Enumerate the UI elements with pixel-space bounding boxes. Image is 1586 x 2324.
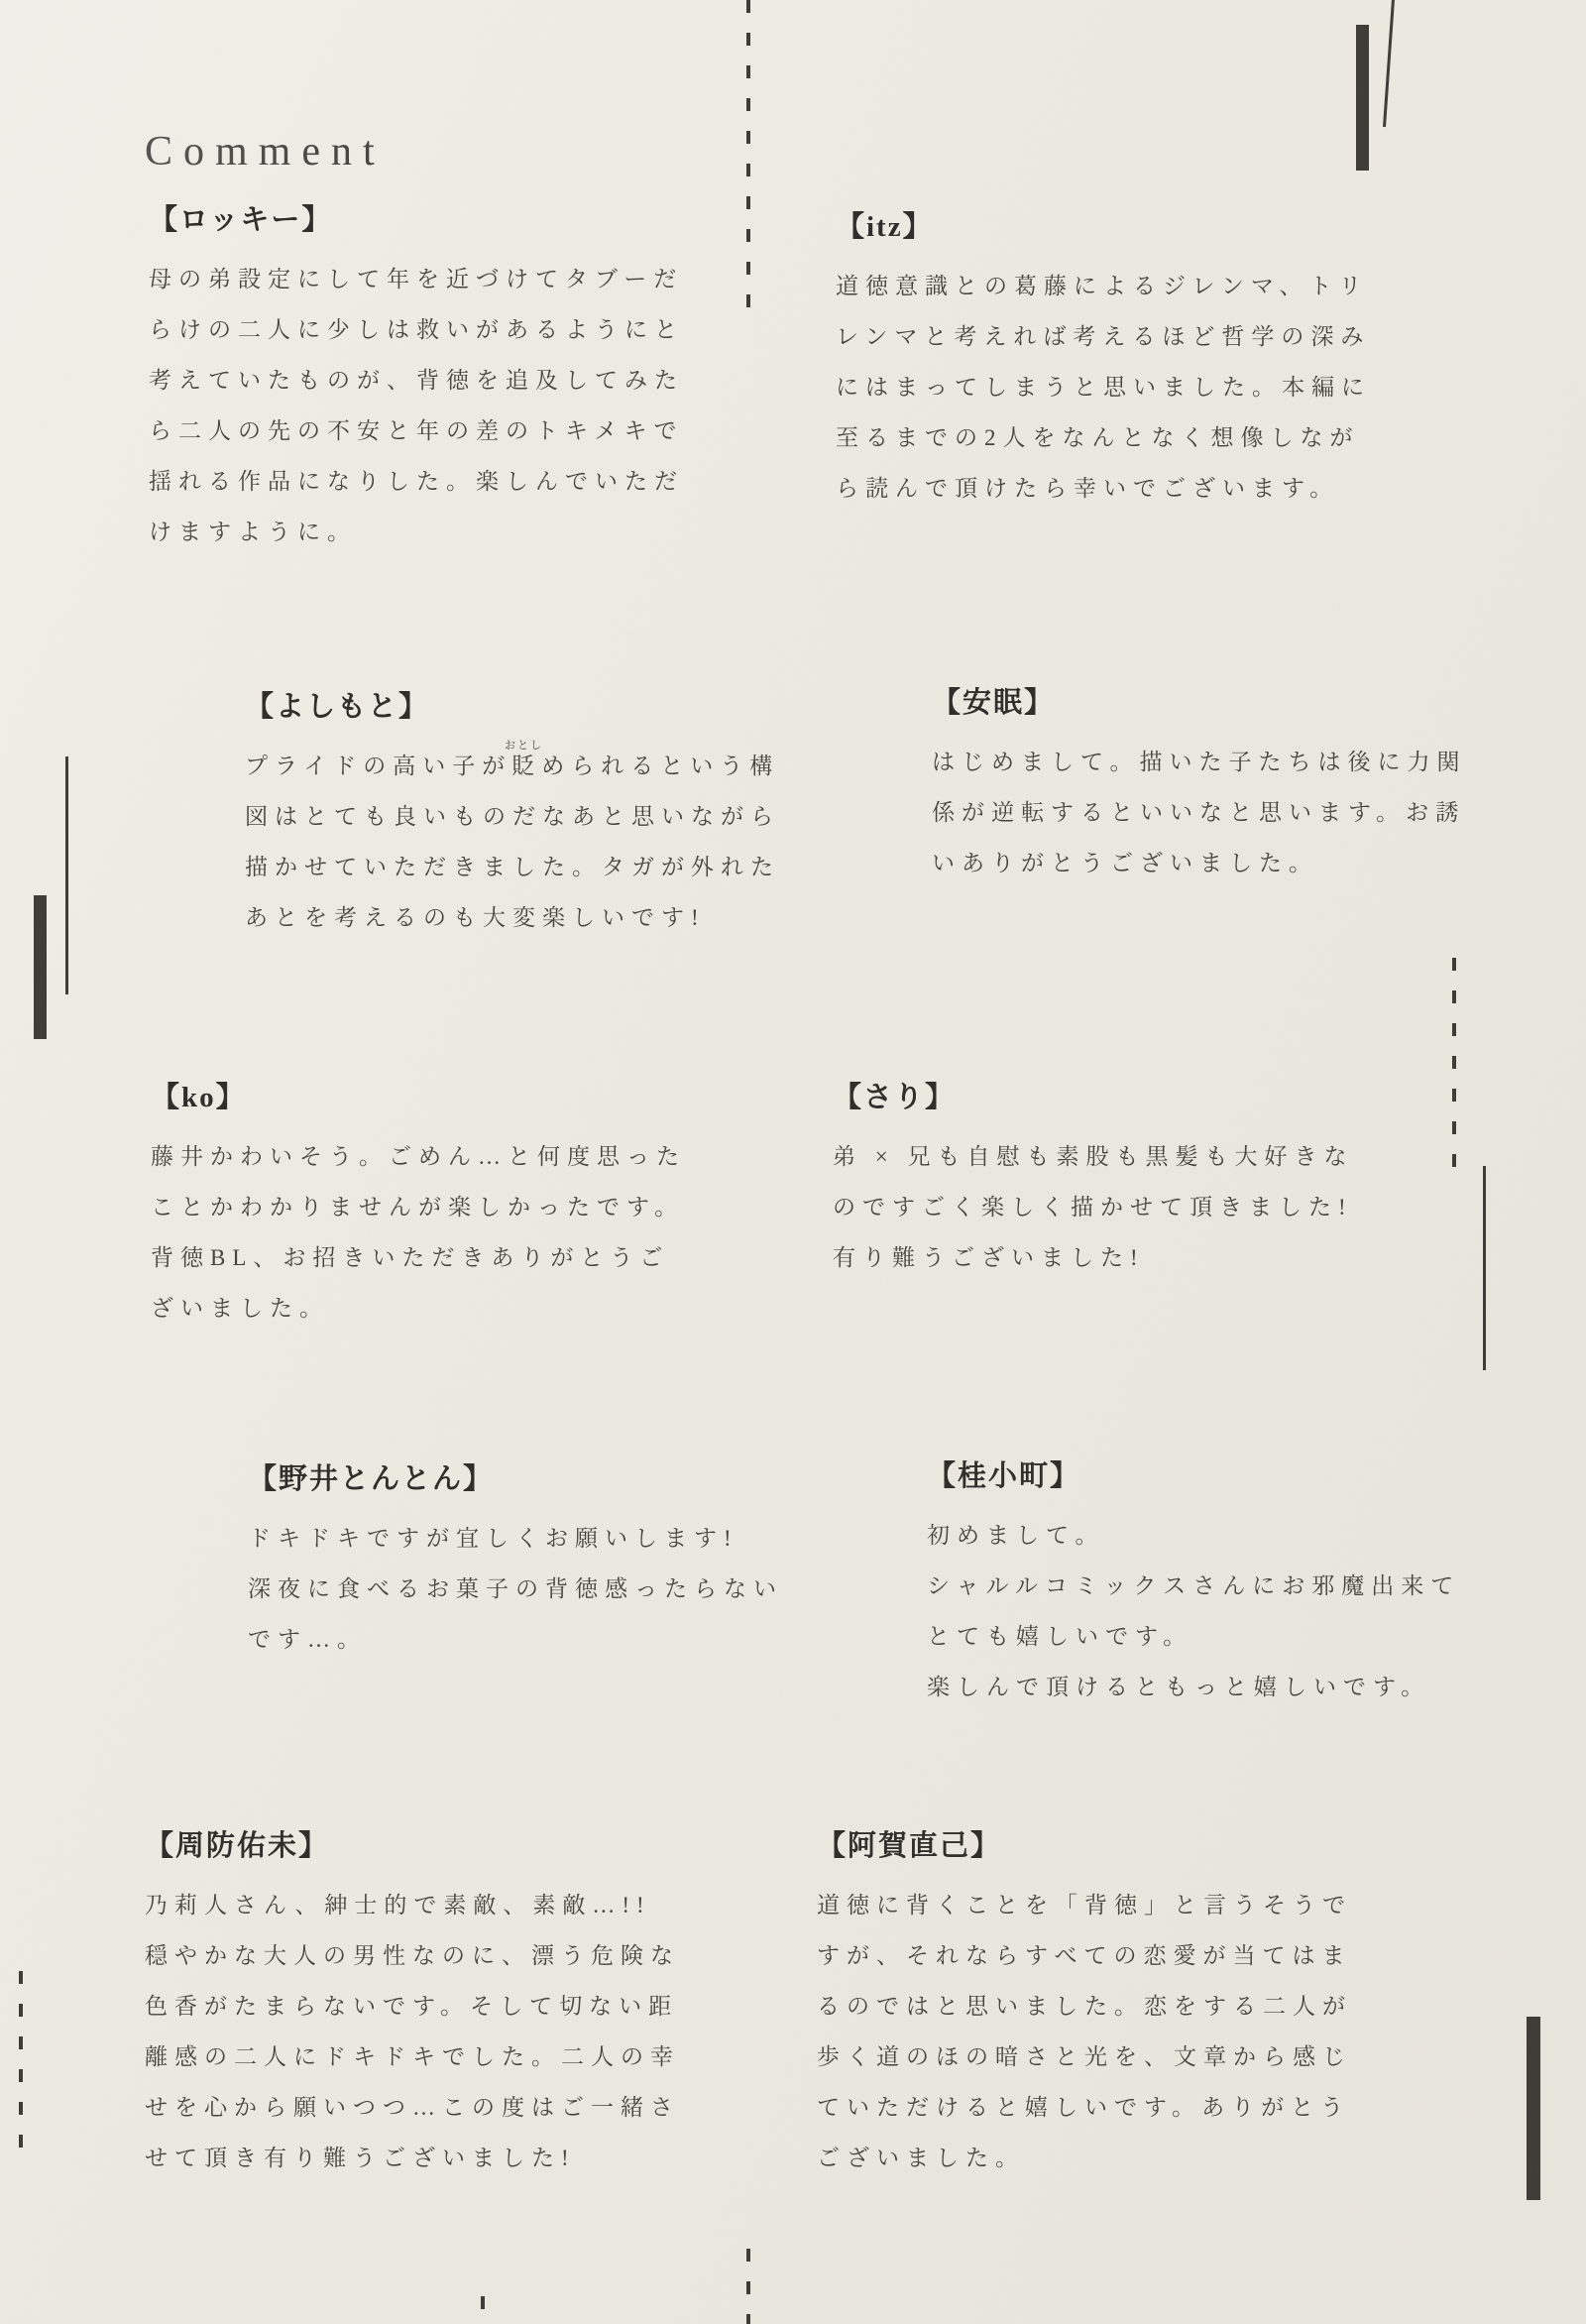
comment-block-sari: 【さり】 弟 × 兄も自慰も素股も黒髪も大好きな のですごく楽しく描かせて頂きま…	[833, 1081, 1467, 1283]
thin-line-mark-top-right	[1383, 0, 1395, 127]
black-bar-mark-bottom-right	[1527, 2017, 1540, 2200]
comment-block-suo-yumi: 【周防佑未】 乃莉人さん、紳士的で素敵、素敵…!! 穏やかな大人の男性なのに、漂…	[145, 1829, 779, 2183]
comment-text: 母の弟設定にして年を近づけてタブーだ らけの二人に少しは救いがあるようにと 考え…	[149, 254, 783, 557]
dashed-trim-mark-bottom-left-2	[481, 2296, 485, 2324]
comment-block-noi-tonton: 【野井とんとん】 ドキドキですが宜しくお願いします! 深夜に食べるお菓子の背徳感…	[248, 1462, 882, 1665]
comment-text: 道徳意識との葛藤によるジレンマ、トリ レンマと考えれば考えるほど哲学の深み には…	[836, 261, 1470, 514]
dashed-trim-mark-bottom-center	[746, 2249, 750, 2324]
commenter-name: 【ko】	[151, 1081, 785, 1114]
comment-block-rocky: 【ロッキー】 母の弟設定にして年を近づけてタブーだ らけの二人に少しは救いがある…	[149, 203, 783, 557]
comment-block-aga-naoki: 【阿賀直己】 道徳に背くことを「背徳」と言うそうで すが、それならすべての恋愛が…	[817, 1829, 1451, 2183]
commenter-name: 【野井とんとん】	[248, 1462, 882, 1496]
commenter-name: 【周防佑未】	[145, 1829, 779, 1863]
thin-line-mark-right	[1483, 1166, 1486, 1370]
comment-text: ドキドキですが宜しくお願いします! 深夜に食べるお菓子の背徳感ったらない です……	[248, 1513, 882, 1665]
comment-block-katsura-komachi: 【桂小町】 初めまして。 シャルルコミックスさんにお邪魔出来て とても嬉しいです…	[927, 1459, 1561, 1712]
comment-block-itz: 【itz】 道徳意識との葛藤によるジレンマ、トリ レンマと考えれば考えるほど哲学…	[836, 210, 1470, 514]
comment-text: 道徳に背くことを「背徳」と言うそうで すが、それならすべての恋愛が当てはま るの…	[817, 1880, 1451, 2183]
dashed-trim-mark-bottom-left	[19, 1971, 23, 2161]
commenter-name: 【桂小町】	[927, 1459, 1561, 1493]
comment-block-ko: 【ko】 藤井かわいそう。ごめん…と何度思った ことかわかりませんが楽しかったで…	[151, 1081, 785, 1334]
comment-text: 弟 × 兄も自慰も素股も黒髪も大好きな のですごく楽しく描かせて頂きました! 有…	[833, 1131, 1467, 1283]
commenter-name: 【安眠】	[932, 686, 1566, 720]
commenter-name: 【さり】	[833, 1081, 1467, 1114]
comment-text: 乃莉人さん、紳士的で素敵、素敵…!! 穏やかな大人の男性なのに、漂う危険な 色香…	[145, 1880, 779, 2183]
thin-line-mark-left	[65, 756, 68, 994]
commenter-name: 【阿賀直己】	[817, 1829, 1451, 1863]
furigana-otoshi: おとし	[505, 737, 543, 753]
commenter-name: 【itz】	[836, 210, 1470, 244]
comment-block-yoshimoto: 【よしもと】 おとし プライドの高い子が貶められるという構 図はとても良いものだ…	[245, 690, 879, 943]
black-bar-mark-top-right	[1356, 25, 1369, 171]
black-bar-mark-left	[34, 895, 47, 1039]
comment-block-anmin: 【安眠】 はじめまして。描いた子たちは後に力関 係が逆転するといいなと思います。…	[932, 686, 1566, 888]
comment-page: Comment 【ロッキー】 母の弟設定にして年を近づけてタブーだ らけの二人に…	[0, 0, 1586, 2324]
page-title: Comment	[145, 127, 386, 176]
comment-text: 初めまして。 シャルルコミックスさんにお邪魔出来て とても嬉しいです。 楽しんで…	[927, 1510, 1561, 1712]
comment-text: プライドの高い子が貶められるという構 図はとても良いものだなあと思いながら 描か…	[245, 741, 879, 943]
commenter-name: 【ロッキー】	[149, 203, 783, 237]
commenter-name: 【よしもと】	[245, 690, 879, 724]
comment-text: 藤井かわいそう。ごめん…と何度思った ことかわかりませんが楽しかったです。 背徳…	[151, 1131, 785, 1334]
comment-text: はじめまして。描いた子たちは後に力関 係が逆転するといいなと思います。お誘 いあ…	[932, 737, 1566, 888]
